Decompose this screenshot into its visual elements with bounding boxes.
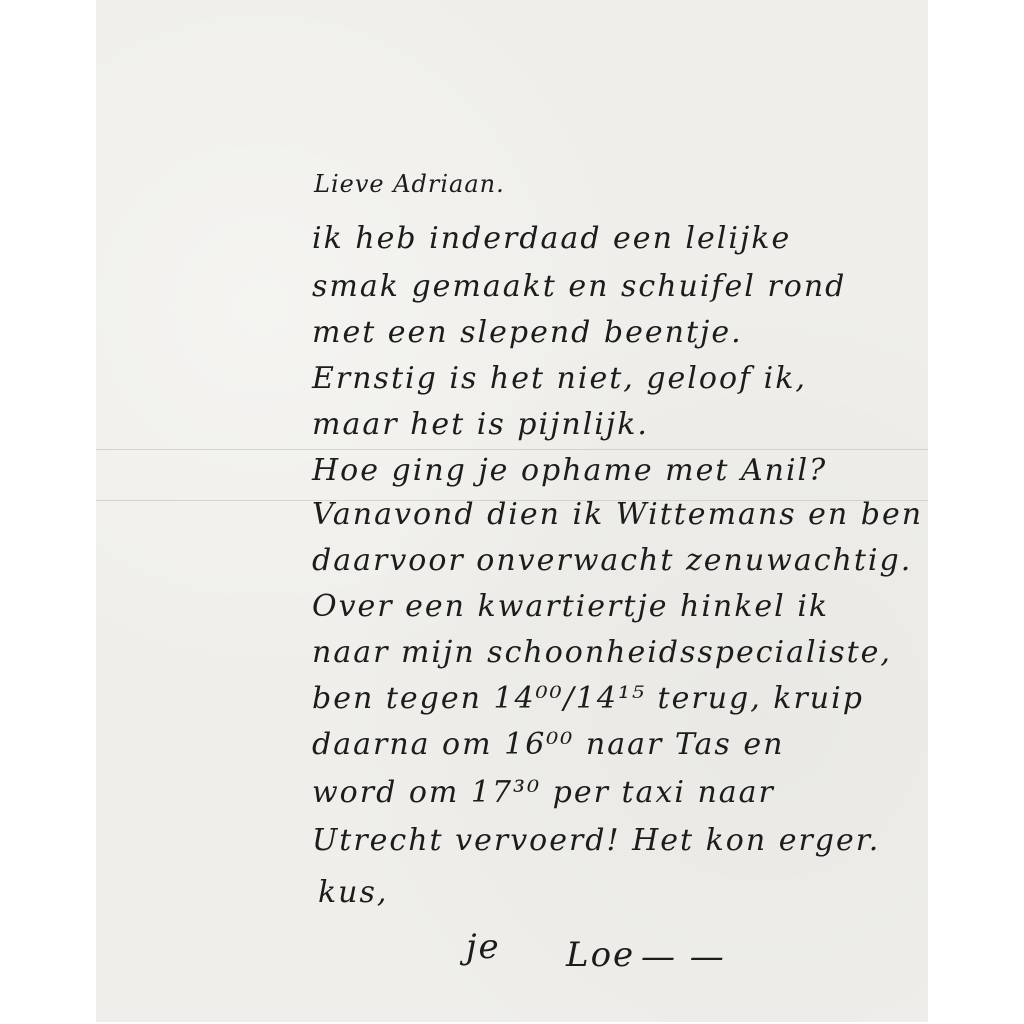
letter-line: word om 17³⁰ per taxi naar (312, 778, 775, 808)
letter-line: Vanavond dien ik Wittemans en ben (312, 500, 923, 530)
salutation: Lieve Adriaan. (314, 172, 505, 196)
letter-line: Hoe ging je ophame met Anil? (312, 456, 827, 486)
letter-line: daarvoor onverwacht zenuwachtig. (312, 546, 912, 576)
letter-line: Utrecht vervoerd! Het kon erger. (312, 826, 880, 856)
handwritten-letter: Lieve Adriaan. ik heb inderdaad een leli… (96, 0, 928, 1022)
signoff: je (466, 930, 501, 964)
letter-line: Over een kwartiertje hinkel ik (312, 592, 829, 622)
closing: kus, (318, 878, 388, 908)
letter-line: smak gemaakt en schuifel rond (312, 272, 846, 302)
letter-line: met een slepend beentje. (312, 318, 743, 348)
letter-paper: Lieve Adriaan. ik heb inderdaad een leli… (96, 0, 928, 1022)
letter-line: maar het is pijnlijk. (312, 410, 649, 440)
letter-line: ben tegen 14⁰⁰/14¹⁵ terug, kruip (312, 684, 864, 714)
letter-line: ik heb inderdaad een lelijke (312, 224, 791, 254)
letter-line: daarna om 16⁰⁰ naar Tas en (312, 730, 784, 760)
scan-canvas: Lieve Adriaan. ik heb inderdaad een leli… (0, 0, 1024, 1024)
letter-line: Ernstig is het niet, geloof ik, (312, 364, 807, 394)
signature-flourish: — — (641, 940, 726, 974)
signature: Loe (566, 938, 635, 972)
letter-line: naar mijn schoonheidsspecialiste, (312, 638, 892, 668)
